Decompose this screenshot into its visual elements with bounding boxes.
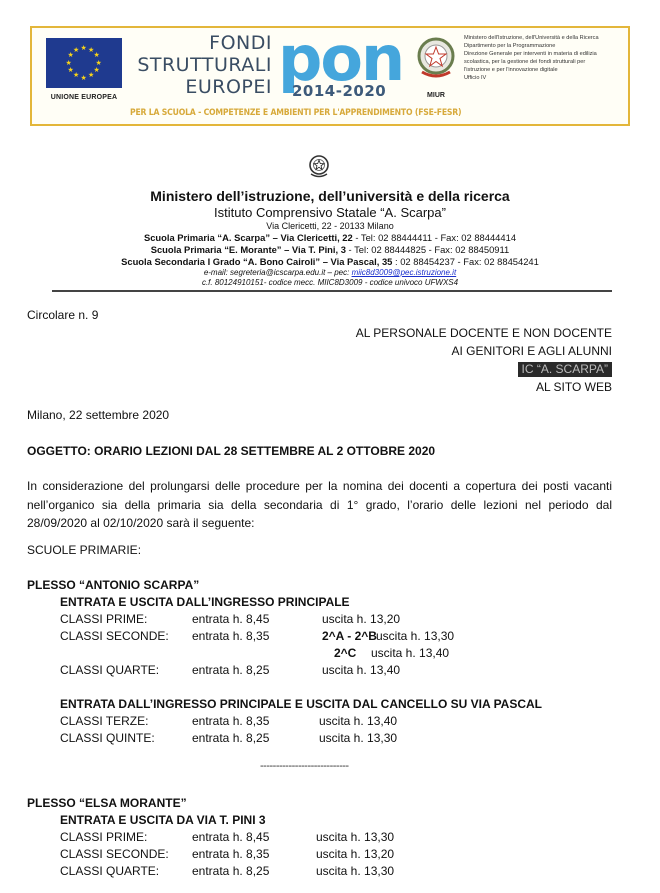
plesso-title: PLESSO “ANTONIO SCARPA”: [27, 578, 199, 592]
miur-label: MIUR: [416, 92, 456, 99]
entry-time: entrata h. 8,25: [192, 663, 269, 677]
miur-text-line: Ministero dell'Istruzione, dell'Universi…: [464, 34, 630, 42]
fondi-line: STRUTTURALI: [132, 54, 272, 76]
class-label: CLASSI TERZE:: [60, 714, 148, 728]
eu-star-icon: ★: [68, 67, 74, 74]
eu-star-icon: ★: [81, 75, 87, 82]
ministry-name: Ministero dell’istruzione, dell’universi…: [60, 188, 600, 205]
pon-banner: ★★★★★★★★★★★★ UNIONE EUROPEA FONDI STRUTT…: [30, 26, 630, 126]
class-label: CLASSI QUARTE:: [60, 663, 159, 677]
group-title: ENTRATA DALL’INGRESSO PRINCIPALE E USCIT…: [60, 697, 542, 711]
school-contact-line: Scuola Primaria “E. Morante” – Via T. Pi…: [60, 244, 600, 256]
entry-time: entrata h. 8,25: [192, 864, 269, 878]
banner-tagline: PER LA SCUOLA - COMPETENZE E AMBIENTI PE…: [130, 108, 461, 118]
eu-star-icon: ★: [88, 72, 94, 79]
document-date: Milano, 22 settembre 2020: [27, 408, 169, 422]
intro-paragraph: In considerazione del prolungarsi delle …: [27, 477, 612, 533]
school-contacts: : 02 88454237 - Fax: 02 88454241: [392, 256, 538, 267]
recipient-line: AL SITO WEB: [356, 378, 612, 396]
miur-text-line: Ufficio IV: [464, 74, 630, 82]
pon-years: 2014-2020: [292, 82, 386, 100]
institute-address: Via Clericetti, 22 - 20133 Milano: [60, 221, 600, 232]
recipients-block: AL PERSONALE DOCENTE E NON DOCENTE AI GE…: [356, 324, 612, 396]
class-label: CLASSI SECONDE:: [60, 847, 169, 861]
fondi-line: EUROPEI: [132, 76, 272, 98]
exit-time: uscita h. 13,30: [316, 864, 394, 878]
class-label: CLASSI QUARTE:: [60, 864, 159, 878]
group-title: ENTRATA E USCITA DA VIA T. PINI 3: [60, 813, 266, 827]
exit-time: uscita h. 13,40: [319, 714, 397, 728]
entry-time: entrata h. 8,25: [192, 731, 269, 745]
section-label: 2^A - 2^B: [322, 629, 377, 643]
eu-star-icon: ★: [73, 47, 79, 54]
recipient-line: AI GENITORI E AGLI ALUNNI: [356, 342, 612, 360]
entry-time: entrata h. 8,35: [192, 629, 269, 643]
recipient-line: AL PERSONALE DOCENTE E NON DOCENTE: [356, 324, 612, 342]
eu-label: UNIONE EUROPEA: [46, 94, 122, 101]
section-separator: ----------------------------: [260, 760, 349, 772]
eu-star-icon: ★: [66, 60, 72, 67]
institute-name: Istituto Comprensivo Statale “A. Scarpa”: [60, 205, 600, 220]
school-contact-line: Scuola Secondaria I Grado “A. Bono Cairo…: [60, 256, 600, 268]
italian-republic-emblem-icon: [308, 154, 330, 178]
eu-star-icon: ★: [96, 60, 102, 67]
class-label: CLASSI QUINTE:: [60, 731, 155, 745]
section-label: 2^C: [334, 646, 356, 660]
miur-emblem-icon: [416, 36, 456, 80]
letterhead-divider: [52, 290, 612, 292]
miur-text-line: Direzione Generale per interventi in mat…: [464, 50, 630, 58]
email-line: e-mail: segreteria@icscarpa.edu.it – pec…: [60, 268, 600, 278]
eu-flag-icon: ★★★★★★★★★★★★: [46, 38, 122, 88]
entry-time: entrata h. 8,35: [192, 714, 269, 728]
entry-time: entrata h. 8,45: [192, 830, 269, 844]
letterhead: Ministero dell’istruzione, dell’universi…: [60, 188, 600, 288]
class-label: CLASSI PRIME:: [60, 612, 147, 626]
miur-text-line: l'istruzione e per l'innovazione digital…: [464, 66, 630, 74]
eu-star-icon: ★: [93, 67, 99, 74]
plesso-title: PLESSO “ELSA MORANTE”: [27, 796, 187, 810]
recipient-line-highlighted: IC “A. SCARPA”: [518, 362, 612, 377]
section-title: SCUOLE PRIMARIE:: [27, 543, 141, 557]
exit-time: uscita h. 13,30: [316, 830, 394, 844]
exit-time: uscita h. 13,40: [371, 646, 449, 660]
fondi-line: FONDI: [132, 32, 272, 54]
exit-time: uscita h. 13,40: [322, 663, 400, 677]
exit-time: uscita h. 13,30: [376, 629, 454, 643]
school-contacts: - Tel: 02 88444825 - Fax: 02 88450911: [346, 244, 509, 255]
eu-star-icon: ★: [81, 45, 87, 52]
exit-time: uscita h. 13,30: [319, 731, 397, 745]
miur-text-line: Dipartimento per la Programmazione: [464, 42, 630, 50]
subject-line: OGGETTO: ORARIO LEZIONI DAL 28 SETTEMBRE…: [27, 444, 435, 458]
fondi-strutturali-logo: FONDI STRUTTURALI EUROPEI: [132, 32, 272, 98]
fiscal-code-line: c.f. 80124910151- codice mecc. MIIC8D300…: [60, 278, 600, 288]
eu-star-icon: ★: [93, 52, 99, 59]
pec-link[interactable]: miic8d3009@pec.istruzione.it: [352, 268, 457, 277]
school-name: Scuola Primaria “A. Scarpa” – Via Cleric…: [144, 232, 353, 243]
exit-time: uscita h. 13,20: [322, 612, 400, 626]
miur-text-line: scolastica, per la gestione dei fondi st…: [464, 58, 630, 66]
miur-department-text: Ministero dell'Istruzione, dell'Universi…: [464, 34, 630, 82]
group-title: ENTRATA E USCITA DALL’INGRESSO PRINCIPAL…: [60, 595, 350, 609]
school-name: Scuola Primaria “E. Morante” – Via T. Pi…: [151, 244, 346, 255]
entry-time: entrata h. 8,35: [192, 847, 269, 861]
school-contacts: - Tel: 02 88444411 - Fax: 02 88444414: [353, 232, 516, 243]
class-label: CLASSI PRIME:: [60, 830, 147, 844]
school-name: Scuola Secondaria I Grado “A. Bono Cairo…: [121, 256, 392, 267]
circular-number: Circolare n. 9: [27, 308, 98, 322]
class-label: CLASSI SECONDE:: [60, 629, 169, 643]
exit-time: uscita h. 13,20: [316, 847, 394, 861]
entry-time: entrata h. 8,45: [192, 612, 269, 626]
email-text: e-mail: segreteria@icscarpa.edu.it – pec…: [204, 268, 352, 277]
school-contact-line: Scuola Primaria “A. Scarpa” – Via Cleric…: [60, 232, 600, 244]
